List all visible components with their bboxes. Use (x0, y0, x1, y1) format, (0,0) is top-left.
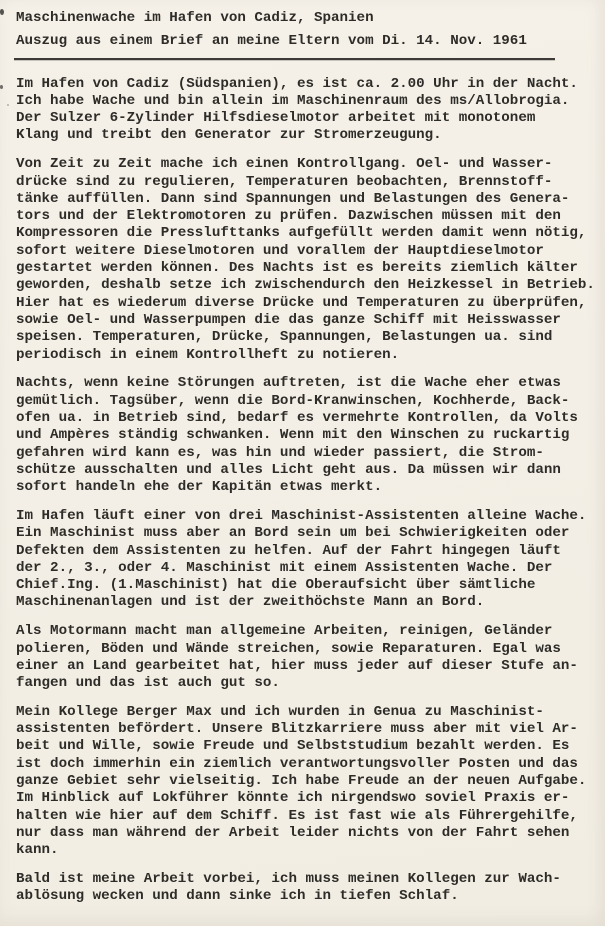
letter-page: Maschinenwache im Hafen von Cadiz, Spani… (0, 0, 605, 926)
paragraph-night-vs-day: Nachts, wenn keine Störungen auftreten, … (16, 375, 597, 496)
paragraph-control-rounds: Von Zeit zu Zeit mache ich einen Kontrol… (16, 156, 597, 364)
letter-subtitle: Auszug aus einem Brief an meine Eltern v… (16, 33, 597, 50)
scan-speck (0, 9, 4, 15)
scan-speck (0, 85, 3, 89)
letter-body: Im Hafen von Cadiz (Südspanien), es ist … (16, 76, 597, 906)
paragraph-closing: Bald ist meine Arbeit vorbei, ich muss m… (16, 871, 597, 906)
letter-title: Maschinenwache im Hafen von Cadiz, Spani… (16, 10, 597, 27)
paragraph-watch-hierarchy: Im Hafen läuft einer von drei Maschinist… (16, 508, 597, 612)
paragraph-promotion: Mein Kollege Berger Max und ich wurden i… (16, 704, 597, 860)
scan-speck (7, 104, 9, 106)
paragraph-motorman-duties: Als Motormann macht man allgemeine Arbei… (16, 623, 597, 692)
paragraph-engine-room-night: Im Hafen von Cadiz (Südspanien), es ist … (16, 76, 597, 145)
letter-header: Maschinenwache im Hafen von Cadiz, Spani… (16, 10, 597, 60)
header-underline (14, 58, 555, 60)
